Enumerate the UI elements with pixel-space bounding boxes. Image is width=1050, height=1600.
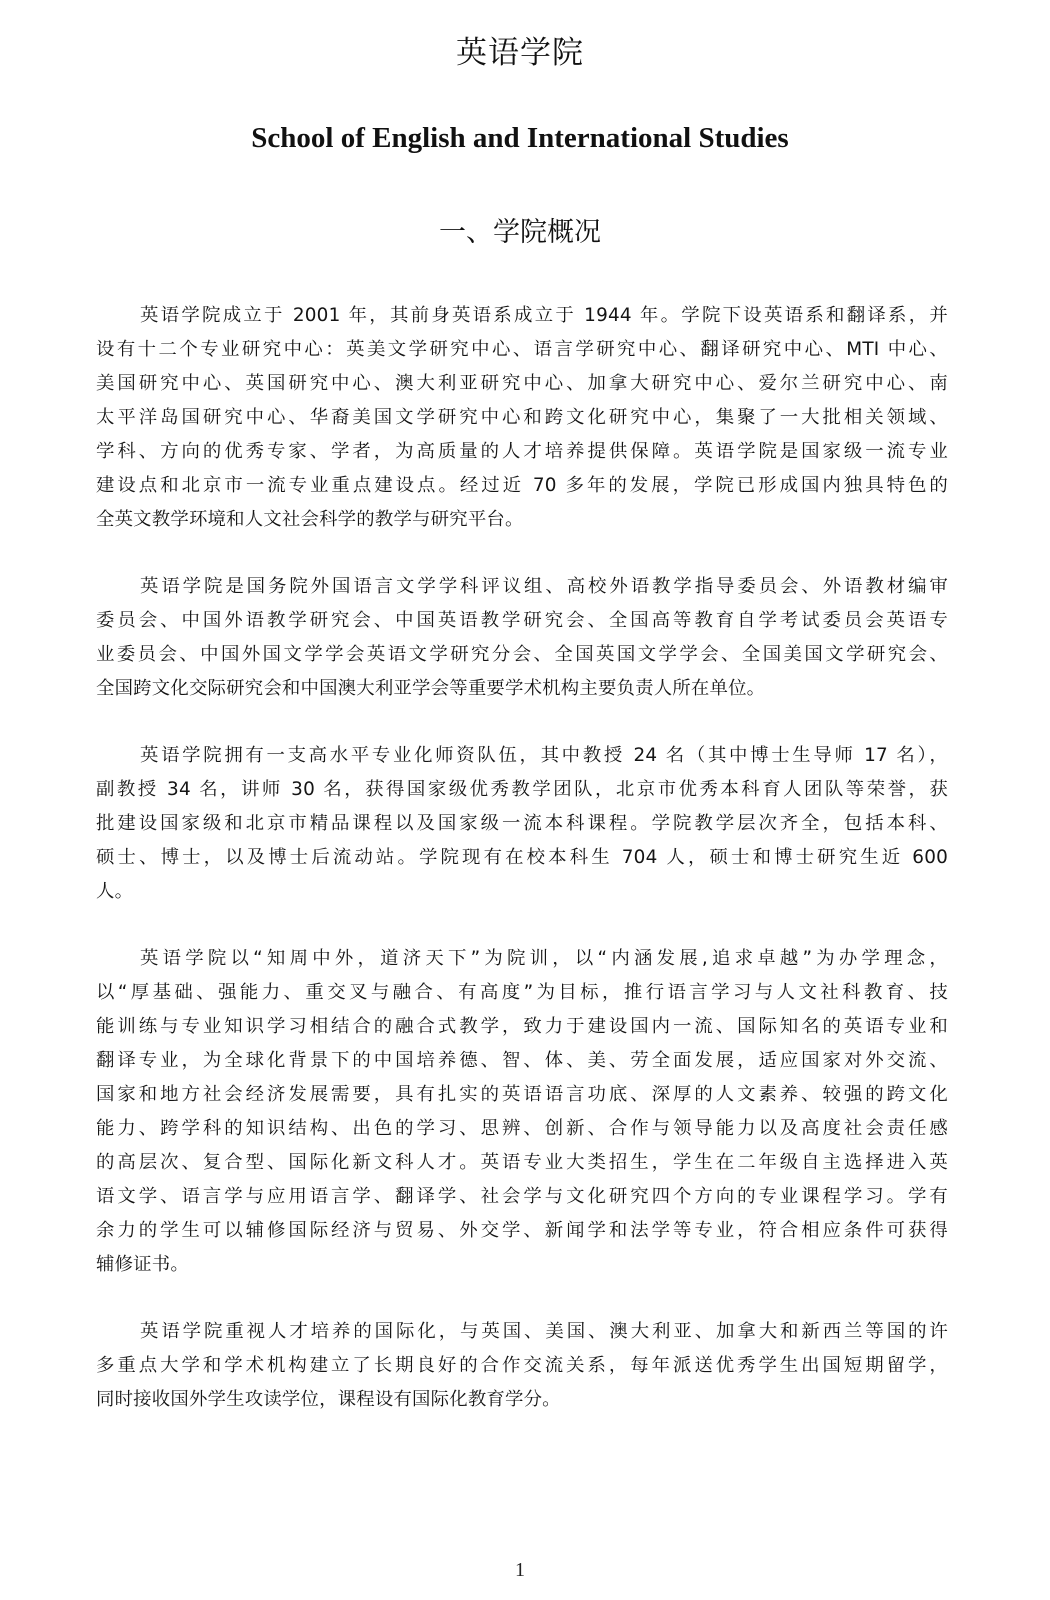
paragraph-academic-institutions: 英语学院是国务院外国语言文学学科评议组、高校外语教学指导委员会、外语教材编审 委… [96, 570, 948, 706]
paragraph-line: 美国研究中心、英国研究中心、澳大利亚研究中心、加拿大研究中心、爱尔兰研究中心、南 [96, 367, 948, 401]
paragraph-line: 学科、方向的优秀专家、学者，为高质量的人才培养提供保障。英语学院是国家级一流专业 [96, 435, 948, 469]
paragraph-line: 英语学院成立于 2001 年，其前身英语系成立于 1944 年。学院下设英语系和… [96, 299, 948, 333]
paragraph-line: 太平洋岛国研究中心、华裔美国文学研究中心和跨文化研究中心，集聚了一大批相关领域、 [96, 401, 948, 435]
page-title-chinese: 英语学院 [0, 28, 1040, 78]
paragraph-line: 余力的学生可以辅修国际经济与贸易、外交学、新闻学和法学等专业，符合相应条件可获得 [96, 1214, 948, 1248]
paragraph-line: 同时接收国外学生攻读学位，课程设有国际化教育学分。 [96, 1383, 948, 1417]
paragraph-line: 多重点大学和学术机构建立了长期良好的合作交流关系，每年派送优秀学生出国短期留学， [96, 1349, 948, 1383]
paragraph-line: 设有十二个专业研究中心：英美文学研究中心、语言学研究中心、翻译研究中心、MTI … [96, 333, 948, 367]
paragraph-line: 全英文教学环境和人文社会科学的教学与研究平台。 [96, 503, 948, 537]
page-number: 1 [0, 1555, 1040, 1585]
paragraph-line: 全国跨文化交际研究会和中国澳大利亚学会等重要学术机构主要负责人所在单位。 [96, 672, 948, 706]
paragraph-founding-history: 英语学院成立于 2001 年，其前身英语系成立于 1944 年。学院下设英语系和… [96, 299, 948, 537]
paragraph-internationalization: 英语学院重视人才培养的国际化，与英国、美国、澳大利亚、加拿大和新西兰等国的许 多… [96, 1315, 948, 1417]
paragraph-line: 辅修证书。 [96, 1248, 948, 1282]
paragraph-line: 人。 [96, 875, 948, 909]
paragraph-line: 副教授 34 名，讲师 30 名，获得国家级优秀教学团队，北京市优秀本科育人团队… [96, 773, 948, 807]
paragraph-line: 业委员会、中国外国文学学会英语文学研究分会、全国英国文学学会、全国美国文学研究会… [96, 638, 948, 672]
document-page: 英语学院 School of English and International… [0, 0, 1050, 1600]
page-title-english: School of English and International Stud… [0, 116, 1040, 160]
paragraph-line: 建设点和北京市一流专业重点建设点。经过近 70 多年的发展，学院已形成国内独具特… [96, 469, 948, 503]
paragraph-line: 英语学院重视人才培养的国际化，与英国、美国、澳大利亚、加拿大和新西兰等国的许 [96, 1315, 948, 1349]
paragraph-motto-and-education: 英语学院以“知周中外，道济天下”为院训，以“内涵发展,追求卓越”为办学理念， 以… [96, 942, 948, 1282]
paragraph-line: 硕士、博士，以及博士后流动站。学院现有在校本科生 704 人，硕士和博士研究生近… [96, 841, 948, 875]
paragraph-line: 能训练与专业知识学习相结合的融合式教学，致力于建设国内一流、国际知名的英语专业和 [96, 1010, 948, 1044]
section-heading: 一、学院概况 [0, 210, 1040, 256]
paragraph-line: 的高层次、复合型、国际化新文科人才。英语专业大类招生，学生在二年级自主选择进入英 [96, 1146, 948, 1180]
paragraph-line: 英语学院拥有一支高水平专业化师资队伍，其中教授 24 名（其中博士生导师 17 … [96, 739, 948, 773]
paragraph-line: 以“厚基础、强能力、重交叉与融合、有高度”为目标，推行语言学习与人文社科教育、技 [96, 976, 948, 1010]
paragraph-line: 批建设国家级和北京市精品课程以及国家级一流本科课程。学院教学层次齐全，包括本科、 [96, 807, 948, 841]
document-body: 英语学院成立于 2001 年，其前身英语系成立于 1944 年。学院下设英语系和… [96, 299, 948, 1450]
paragraph-line: 能力、跨学科的知识结构、出色的学习、思辨、创新、合作与领导能力以及高度社会责任感 [96, 1112, 948, 1146]
paragraph-line: 语文学、语言学与应用语言学、翻译学、社会学与文化研究四个方向的专业课程学习。学有 [96, 1180, 948, 1214]
paragraph-line: 国家和地方社会经济发展需要，具有扎实的英语语言功底、深厚的人文素养、较强的跨文化 [96, 1078, 948, 1112]
paragraph-line: 翻译专业，为全球化背景下的中国培养德、智、体、美、劳全面发展，适应国家对外交流、 [96, 1044, 948, 1078]
paragraph-line: 委员会、中国外语教学研究会、中国英语教学研究会、全国高等教育自学考试委员会英语专 [96, 604, 948, 638]
paragraph-line: 英语学院以“知周中外，道济天下”为院训，以“内涵发展,追求卓越”为办学理念， [96, 942, 948, 976]
paragraph-faculty-and-students: 英语学院拥有一支高水平专业化师资队伍，其中教授 24 名（其中博士生导师 17 … [96, 739, 948, 909]
paragraph-line: 英语学院是国务院外国语言文学学科评议组、高校外语教学指导委员会、外语教材编审 [96, 570, 948, 604]
